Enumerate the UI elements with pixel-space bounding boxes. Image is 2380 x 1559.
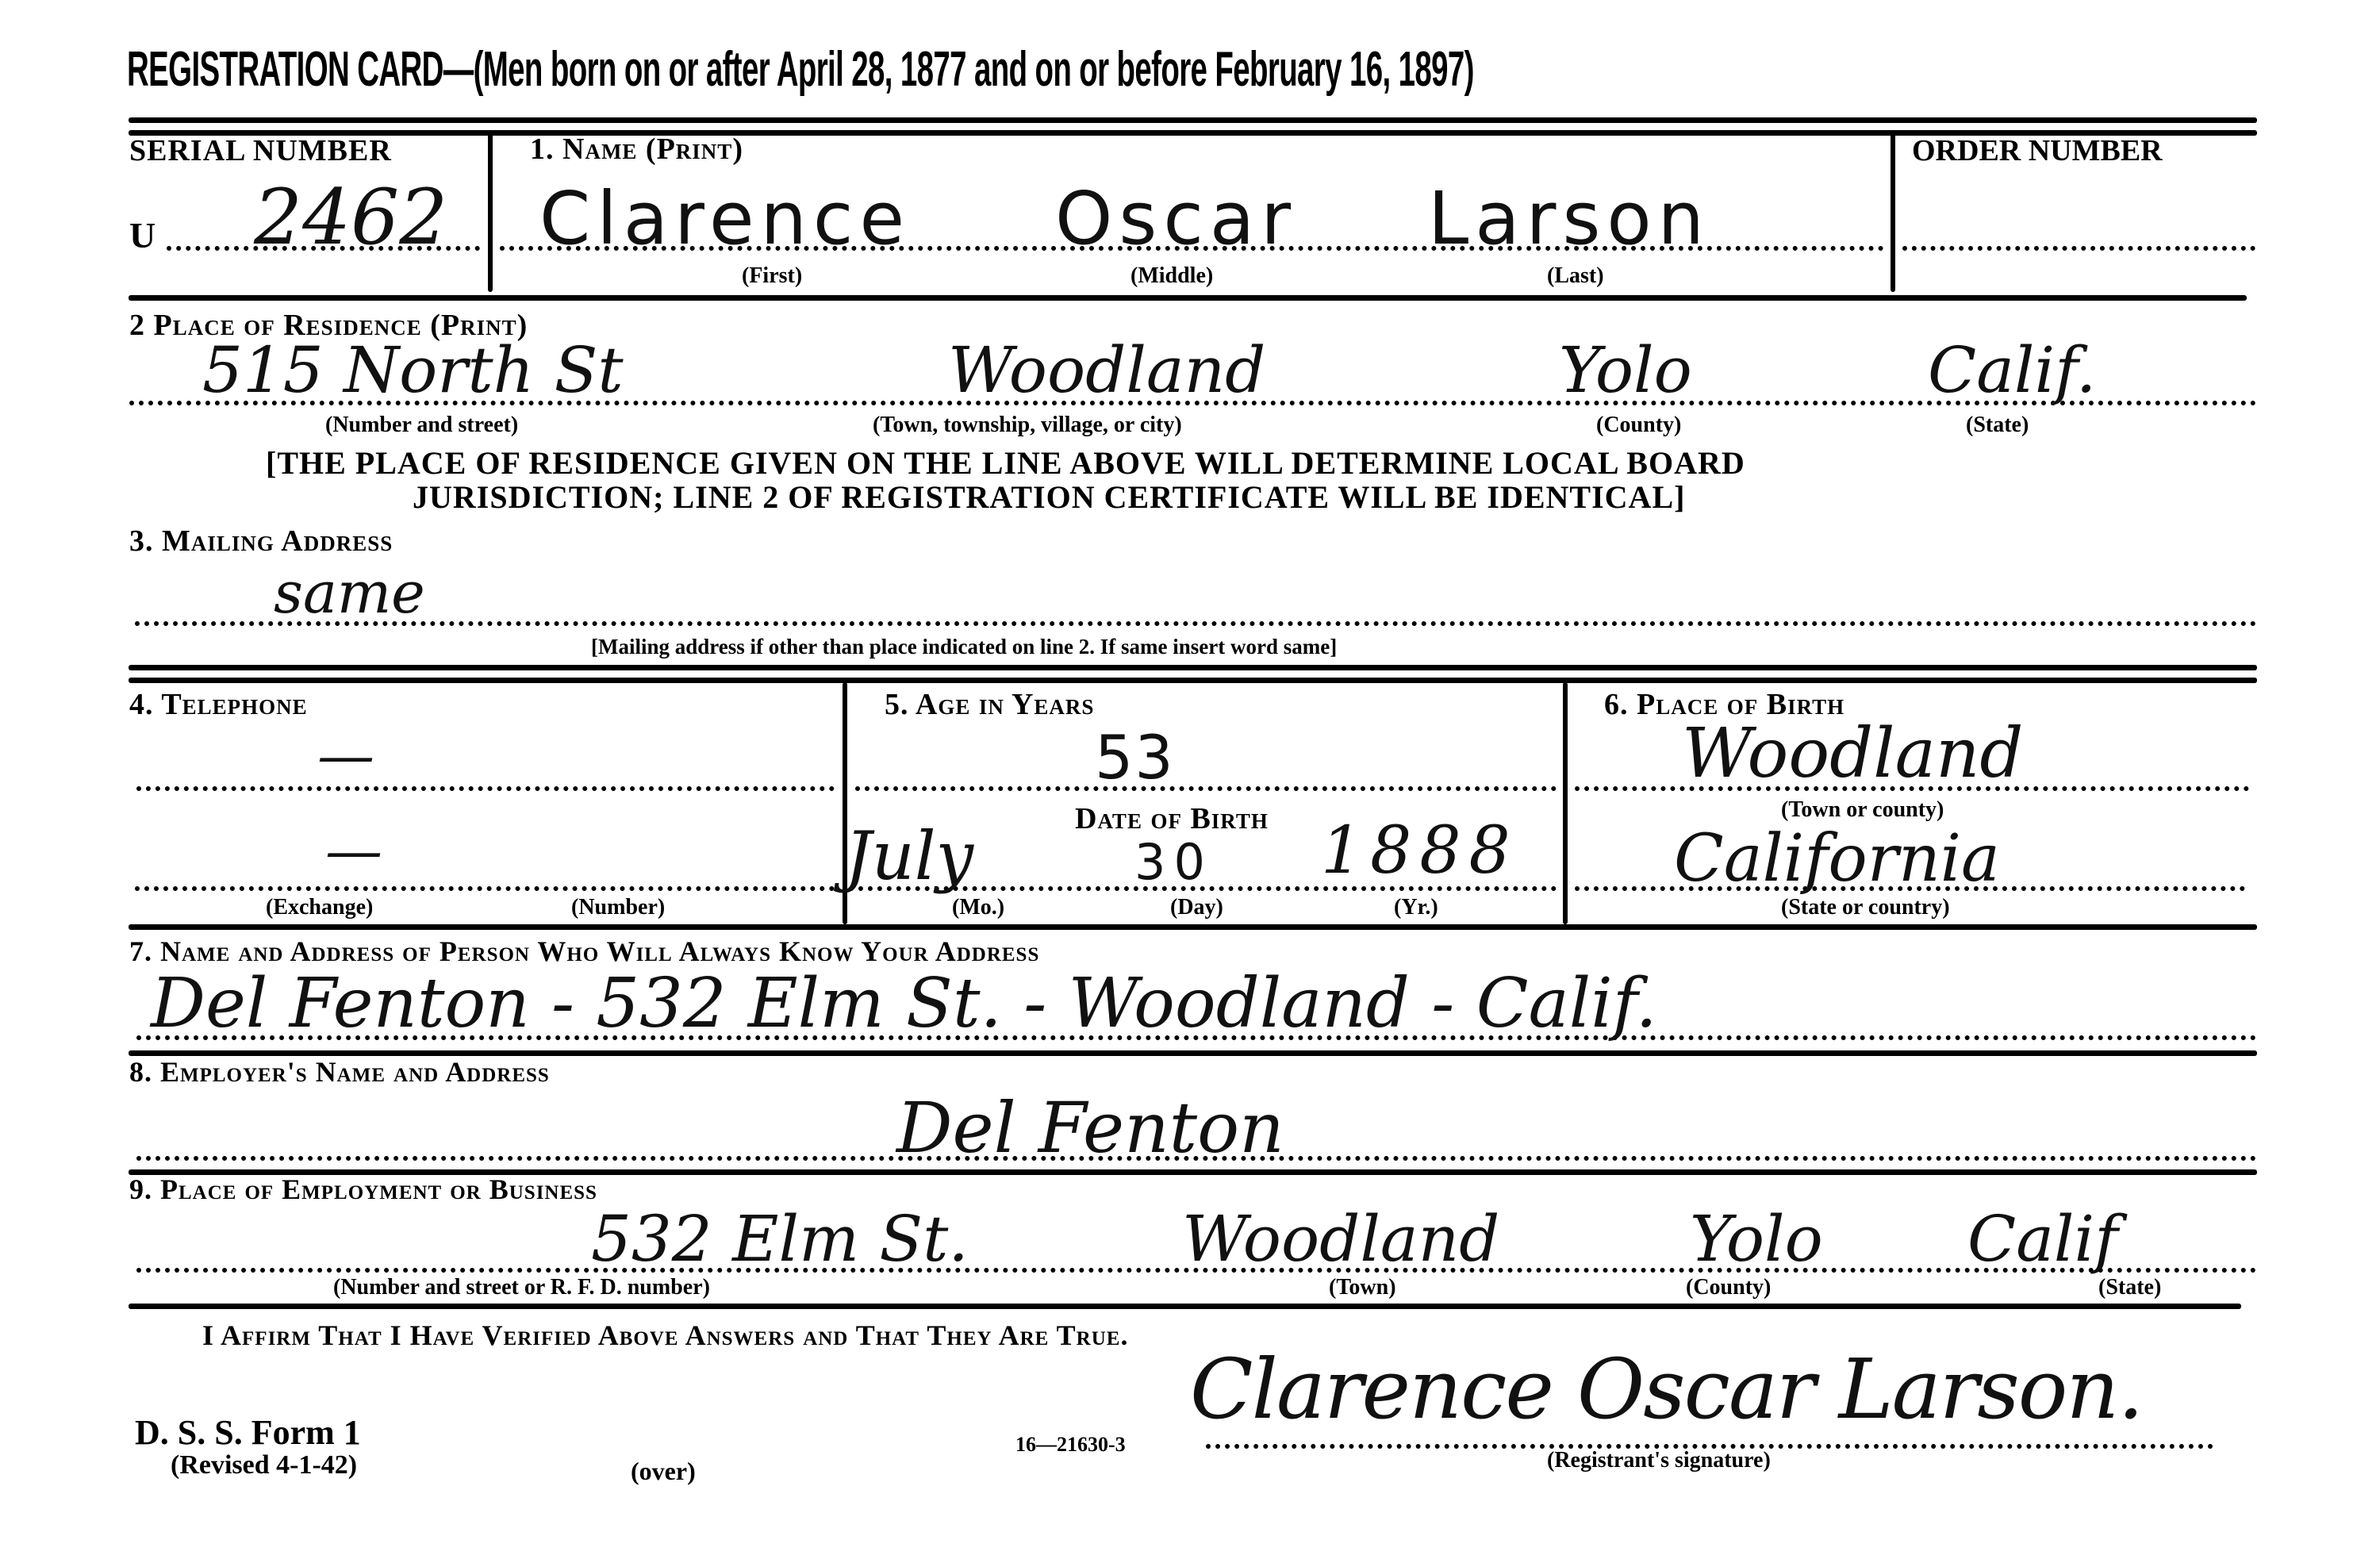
employment-street-caption: (Number and street or R. F. D. number) bbox=[333, 1275, 710, 1300]
divider-name-order bbox=[1891, 133, 1895, 292]
row9-bottom-rule bbox=[129, 1304, 2241, 1309]
employer-value[interactable]: Del Fenton bbox=[896, 1087, 1284, 1169]
row1-bottom-rule bbox=[129, 295, 2247, 301]
form-revision: (Revised 4-1-42) bbox=[171, 1450, 357, 1480]
telephone-line-1 bbox=[136, 786, 835, 791]
affirmation-text: I Affirm That I Have Verified Above Answ… bbox=[202, 1319, 1128, 1352]
dob-month-value[interactable]: July bbox=[845, 817, 973, 895]
telephone-exchange-caption: (Exchange) bbox=[266, 895, 373, 920]
telephone-exchange-value[interactable]: — bbox=[317, 722, 374, 789]
name-middle-value[interactable]: Oscar bbox=[1055, 176, 1297, 261]
contact-person-value[interactable]: Del Fenton - 532 Elm St. - Woodland - Ca… bbox=[151, 964, 1657, 1043]
age-line bbox=[855, 786, 1557, 791]
divider-age-birthplace bbox=[1563, 682, 1568, 924]
employment-county-caption: (County) bbox=[1686, 1275, 1771, 1300]
name-first-caption: (First) bbox=[742, 263, 802, 289]
residence-county-caption: (County) bbox=[1596, 413, 1681, 438]
row4-bottom-rule bbox=[129, 924, 2257, 930]
signature-caption: (Registrant's signature) bbox=[1547, 1448, 1771, 1473]
employment-town-caption: (Town) bbox=[1329, 1275, 1396, 1300]
residence-state-value[interactable]: Calif. bbox=[1928, 333, 2096, 407]
serial-prefix: U bbox=[129, 214, 155, 256]
dob-year-caption: (Yr.) bbox=[1394, 895, 1438, 920]
name-first-value[interactable]: Clarence bbox=[539, 176, 911, 261]
employment-county-value[interactable]: Yolo bbox=[1690, 1202, 1823, 1276]
name-last-value[interactable]: Larson bbox=[1428, 176, 1710, 261]
order-number-line bbox=[1902, 246, 2255, 251]
header-double-rule-top bbox=[129, 117, 2257, 123]
telephone-number-caption: (Number) bbox=[571, 895, 665, 920]
telephone-line-2 bbox=[135, 886, 835, 891]
birth-town-caption: (Town or county) bbox=[1781, 797, 1944, 823]
residence-town-caption: (Town, township, village, or city) bbox=[873, 413, 1182, 438]
residence-street-value[interactable]: 515 North St bbox=[202, 333, 624, 407]
employment-street-value[interactable]: 532 Elm St. bbox=[591, 1202, 969, 1276]
mailing-address-value[interactable]: same bbox=[274, 559, 425, 626]
mailing-address-caption: [Mailing address if other than place ind… bbox=[591, 635, 1337, 659]
dob-year-value[interactable]: 1888 bbox=[1321, 813, 1518, 889]
name-middle-caption: (Middle) bbox=[1130, 263, 1213, 289]
birth-state-value[interactable]: California bbox=[1674, 821, 2000, 897]
serial-number-value[interactable]: 2462 bbox=[254, 173, 447, 262]
serial-number-label: SERIAL NUMBER bbox=[129, 133, 392, 168]
over-note: (over) bbox=[631, 1457, 696, 1486]
residence-notice-line2: JURISDICTION; LINE 2 OF REGISTRATION CER… bbox=[413, 478, 1685, 516]
row3-double-rule-bottom bbox=[129, 678, 2257, 683]
registrant-signature[interactable]: Clarence Oscar Larson. bbox=[1190, 1341, 2142, 1438]
mailing-address-label: 3. Mailing Address bbox=[129, 524, 393, 559]
residence-county-value[interactable]: Yolo bbox=[1559, 333, 1692, 407]
birth-state-caption: (State or country) bbox=[1781, 895, 1950, 920]
name-last-caption: (Last) bbox=[1547, 263, 1604, 289]
order-number-label: ORDER NUMBER bbox=[1912, 133, 2163, 168]
employer-label: 8. Employer's Name and Address bbox=[129, 1055, 550, 1089]
residence-state-caption: (State) bbox=[1966, 413, 2029, 438]
birth-town-value[interactable]: Woodland bbox=[1682, 714, 2023, 793]
card-title: REGISTRATION CARD—(Men born on or after … bbox=[127, 41, 1474, 98]
age-label: 5. Age in Years bbox=[885, 687, 1094, 722]
mailing-address-line bbox=[135, 621, 2257, 626]
name-label: 1. Name (Print) bbox=[530, 132, 743, 167]
employment-place-label: 9. Place of Employment or Business bbox=[129, 1173, 597, 1206]
age-value[interactable]: 53 bbox=[1095, 722, 1175, 793]
residence-street-caption: (Number and street) bbox=[325, 413, 518, 438]
contact-person-label: 7. Name and Address of Person Who Will A… bbox=[129, 935, 1039, 968]
telephone-label: 4. Telephone bbox=[129, 687, 308, 722]
employment-state-value[interactable]: Calif bbox=[1967, 1202, 2118, 1276]
telephone-number-value[interactable]: — bbox=[325, 817, 382, 884]
dob-day-value[interactable]: 30 bbox=[1134, 833, 1213, 891]
date-of-birth-label: Date of Birth bbox=[1075, 801, 1269, 836]
employment-state-caption: (State) bbox=[2098, 1275, 2161, 1300]
divider-serial-name bbox=[488, 133, 493, 292]
employment-town-value[interactable]: Woodland bbox=[1182, 1202, 1499, 1276]
form-number: D. S. S. Form 1 bbox=[135, 1412, 361, 1453]
row3-double-rule-top bbox=[129, 665, 2257, 670]
residence-notice-line1: [THE PLACE OF RESIDENCE GIVEN ON THE LIN… bbox=[266, 444, 1745, 482]
residence-town-value[interactable]: Woodland bbox=[948, 333, 1265, 407]
dob-day-caption: (Day) bbox=[1170, 895, 1223, 920]
print-code: 16—21630-3 bbox=[1015, 1433, 1126, 1457]
dob-month-caption: (Mo.) bbox=[952, 895, 1004, 920]
